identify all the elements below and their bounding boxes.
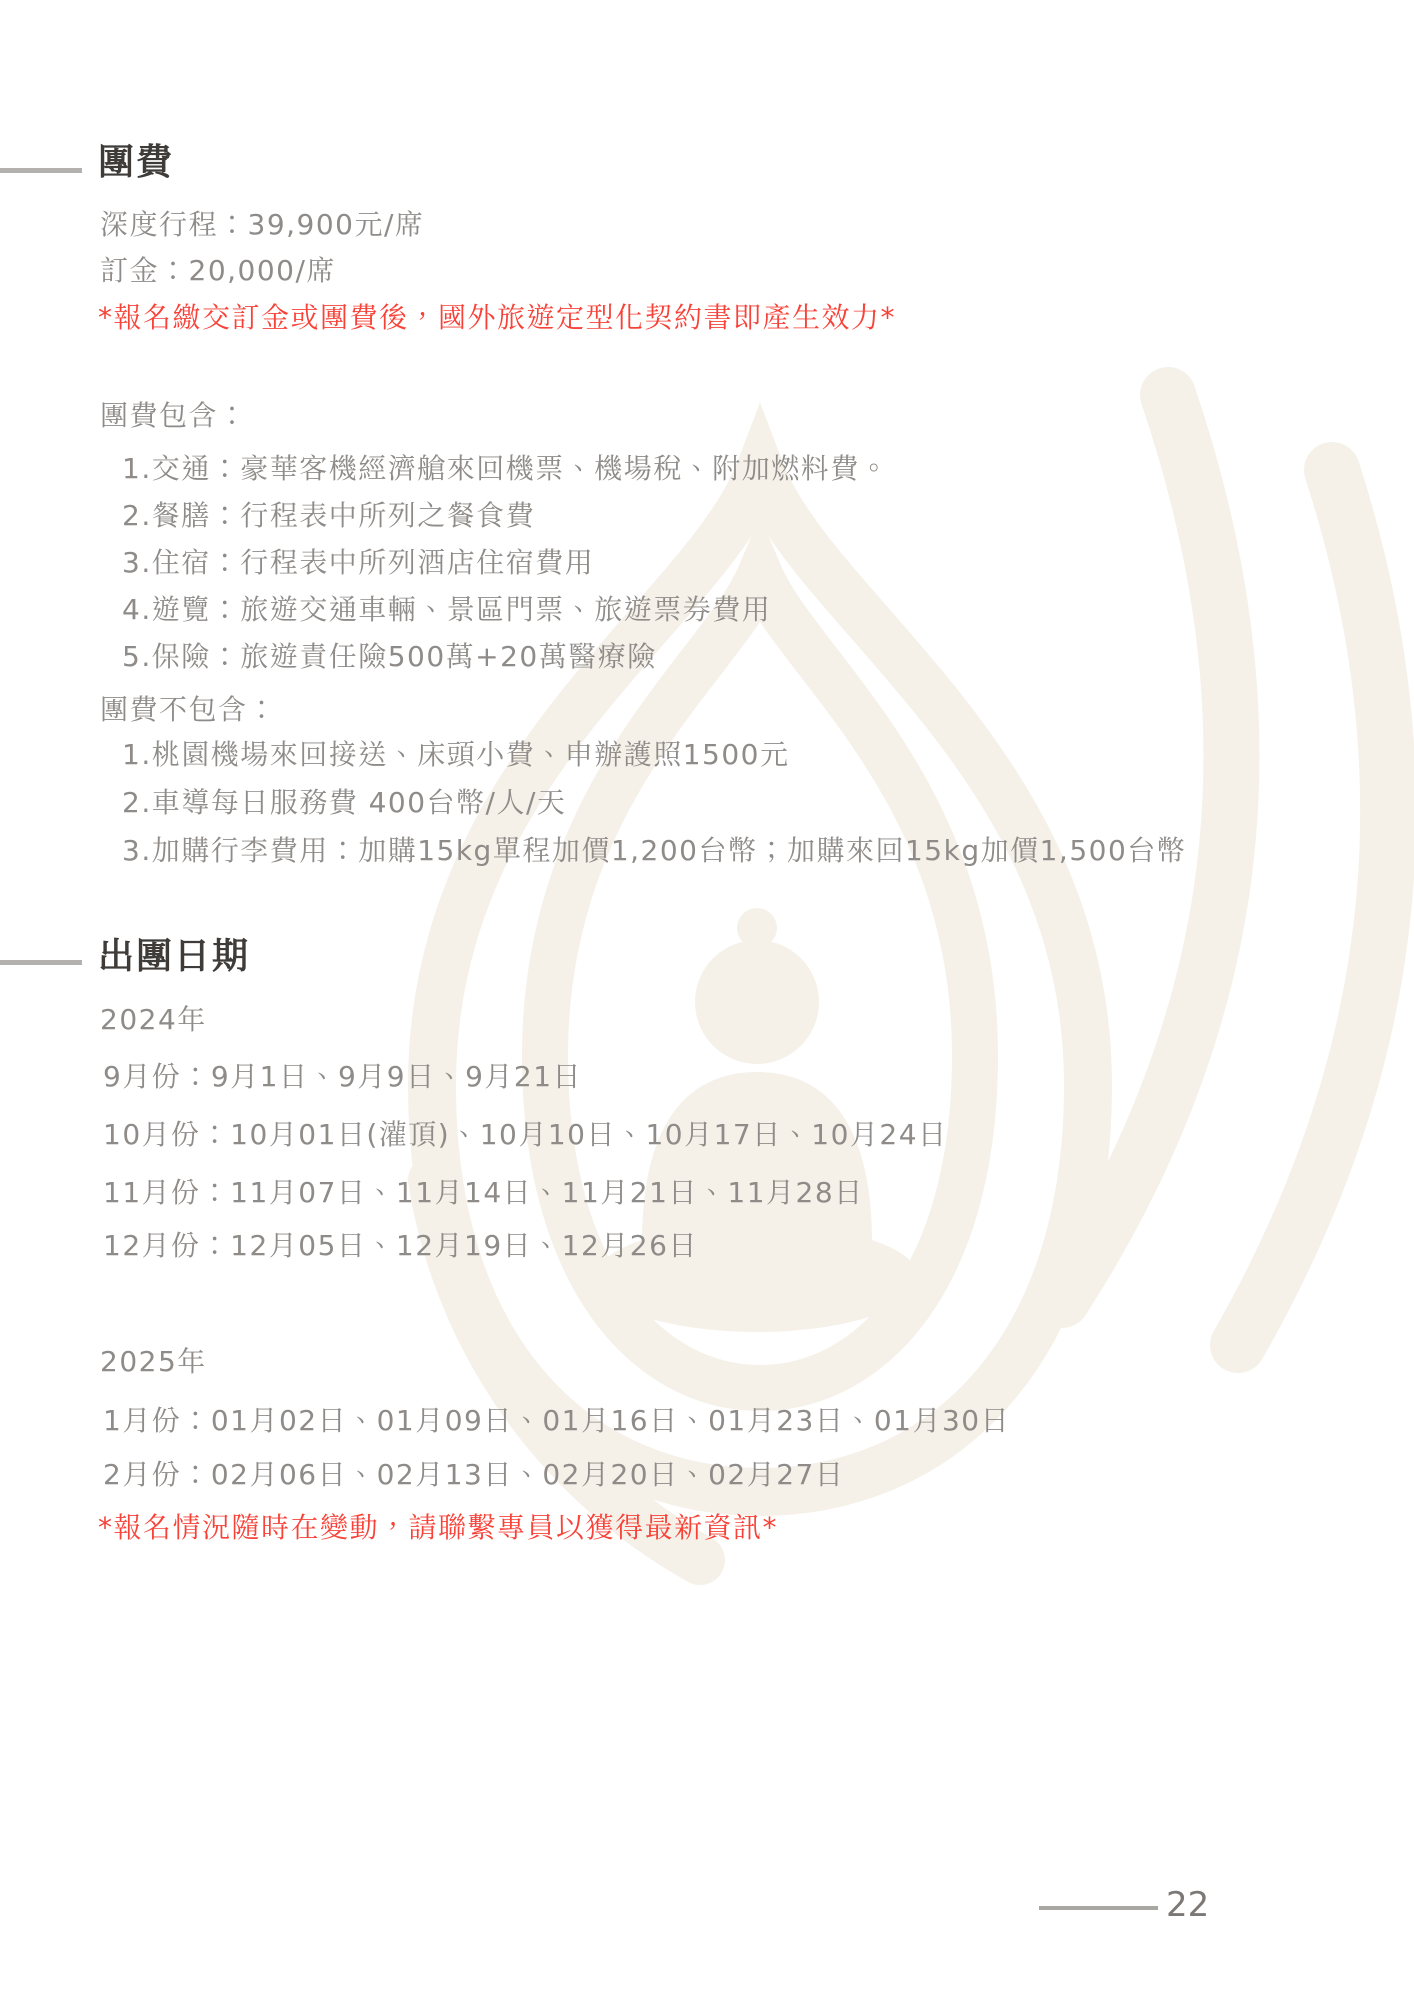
fee-excludes-item-2: 2.車導每日服務費 400台幣/人/天	[122, 787, 566, 819]
year-2024-label: 2024年	[100, 1004, 207, 1036]
deposit-line: 訂金：20,000/席	[100, 255, 336, 287]
fee-includes-item-3: 3.住宿：行程表中所列酒店住宿費用	[122, 547, 594, 579]
year-2025-label: 2025年	[100, 1346, 207, 1378]
fee-includes-item-4: 4.遊覽：旅遊交通車輛、景區門票、旅遊票券費用	[122, 594, 771, 626]
fee-excludes-item-3: 3.加購行李費用：加購15kg單程加價1,200台幣；加購來回15kg加價1,5…	[122, 835, 1186, 867]
tour-price-line: 深度行程：39,900元/席	[100, 209, 424, 241]
page-content: 團費 深度行程：39,900元/席 訂金：20,000/席 *報名繳交訂金或團費…	[0, 0, 1414, 2000]
fee-section-heading: 團費	[98, 143, 174, 183]
dates-2024-october: 10月份：10月01日(灌頂)、10月10日、10月17日、10月24日	[103, 1119, 948, 1151]
fee-excludes-item-1: 1.桃園機場來回接送、床頭小費、申辦護照1500元	[122, 739, 789, 771]
fee-includes-item-2: 2.餐膳：行程表中所列之餐食費	[122, 500, 535, 532]
dates-2025-january: 1月份：01月02日、01月09日、01月16日、01月23日、01月30日	[103, 1405, 1010, 1437]
fee-excludes-heading: 團費不包含：	[100, 694, 277, 726]
registration-update-note: *報名情況隨時在變動，請聯繫專員以獲得最新資訊*	[98, 1512, 778, 1544]
page-number: 22	[1166, 1886, 1209, 1924]
fee-heading-rule	[0, 168, 82, 173]
page-footer-rule	[1039, 1906, 1158, 1910]
dates-section-heading: 出團日期	[98, 937, 250, 977]
fee-includes-item-5: 5.保險：旅遊責任險500萬+20萬醫療險	[122, 641, 657, 673]
fee-includes-heading: 團費包含：	[100, 400, 248, 432]
contract-effect-note: *報名繳交訂金或團費後，國外旅遊定型化契約書即產生效力*	[98, 302, 896, 334]
dates-2024-september: 9月份：9月1日、9月9日、9月21日	[103, 1061, 582, 1093]
dates-2024-december: 12月份：12月05日、12月19日、12月26日	[103, 1230, 698, 1262]
fee-includes-item-1: 1.交通：豪華客機經濟艙來回機票、機場稅、附加燃料費。	[122, 453, 889, 485]
dates-2025-february: 2月份：02月06日、02月13日、02月20日、02月27日	[103, 1459, 844, 1491]
dates-2024-november: 11月份：11月07日、11月14日、11月21日、11月28日	[103, 1177, 864, 1209]
dates-heading-rule	[0, 960, 82, 965]
